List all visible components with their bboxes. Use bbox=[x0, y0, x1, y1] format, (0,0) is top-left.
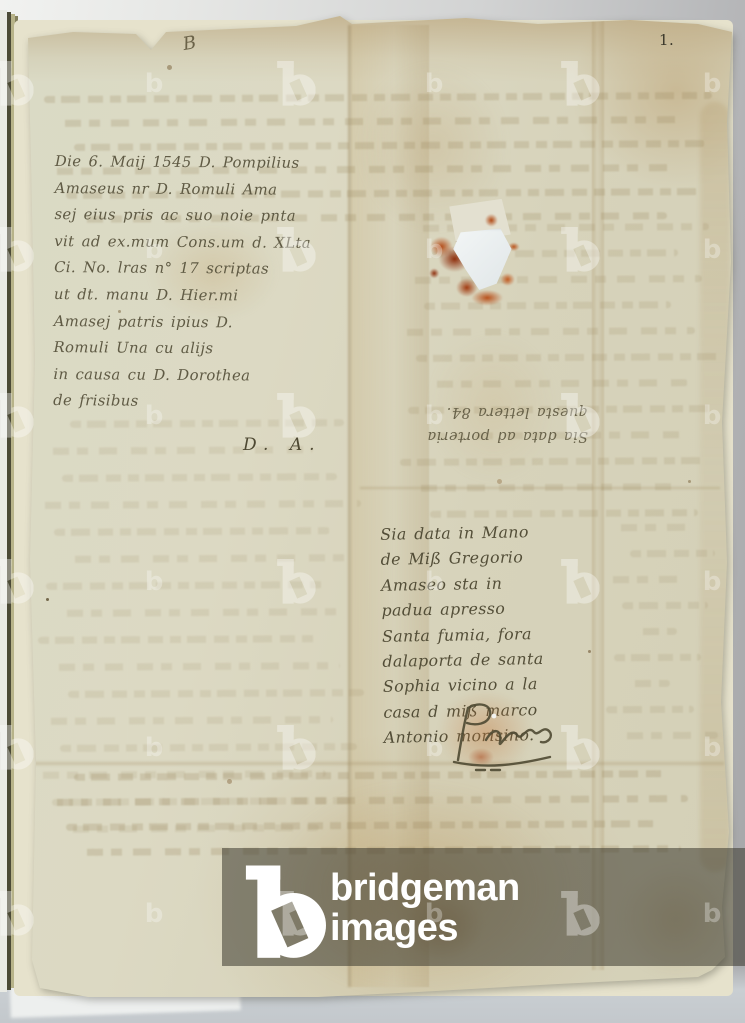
registrar-initials: D. A. bbox=[243, 435, 322, 455]
stain bbox=[700, 102, 730, 872]
show-through-line bbox=[630, 550, 715, 558]
marginal-register-note: Die 6. Maij 1545 D. PompiliusAmaseus nr … bbox=[53, 149, 325, 417]
show-through-line bbox=[430, 509, 698, 518]
show-through-line bbox=[606, 706, 694, 714]
folio-page-number: 1. bbox=[659, 31, 674, 49]
horizontal-crease-lower bbox=[32, 762, 724, 765]
show-through-line bbox=[416, 353, 719, 362]
brand-line-1: bridgeman bbox=[330, 868, 520, 908]
show-through-line bbox=[629, 680, 670, 687]
show-through-line bbox=[621, 732, 718, 740]
ink-speckles bbox=[46, 598, 49, 601]
show-through-line bbox=[53, 662, 340, 671]
show-through-line bbox=[46, 581, 323, 590]
show-through-line bbox=[615, 524, 691, 531]
show-through-line bbox=[614, 654, 701, 662]
show-through-line bbox=[415, 483, 674, 492]
show-through-line bbox=[54, 527, 330, 536]
show-through-line bbox=[70, 419, 344, 428]
bridgeman-b-logo-icon bbox=[244, 865, 326, 961]
show-through-line bbox=[637, 628, 677, 635]
show-through-line bbox=[45, 716, 333, 725]
brand-line-2: images bbox=[330, 908, 520, 948]
bridgeman-logo-lockup: bridgeman images bbox=[222, 848, 745, 966]
show-through-line bbox=[62, 473, 337, 482]
show-through-line bbox=[69, 554, 354, 563]
show-through-line bbox=[400, 457, 705, 466]
folio-letter-mark: B bbox=[181, 32, 198, 55]
show-through-line bbox=[38, 635, 316, 644]
show-through-line bbox=[68, 689, 364, 698]
show-through-line bbox=[60, 743, 357, 752]
show-through-line bbox=[431, 379, 688, 388]
manuscript-photo: B 1. Die 6. Maij 1545 D. PompiliusAmaseu… bbox=[0, 0, 745, 1023]
show-through-line bbox=[607, 576, 684, 583]
inverted-delivery-note: Sia data ad porteriaquesta lettera 84. bbox=[370, 400, 588, 448]
show-through-line bbox=[622, 602, 708, 610]
bridgeman-wordmark: bridgeman images bbox=[330, 868, 520, 948]
show-through-line bbox=[39, 500, 361, 509]
paraph-signature bbox=[446, 698, 574, 772]
show-through-line bbox=[401, 327, 695, 336]
show-through-line bbox=[61, 608, 347, 617]
